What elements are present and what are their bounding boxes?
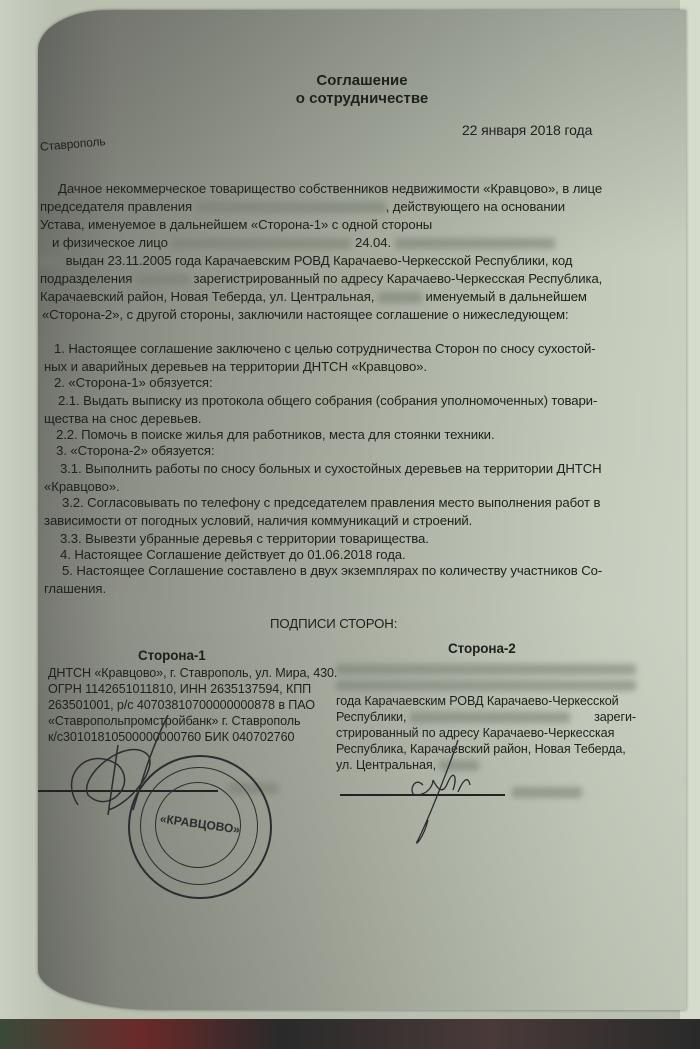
preamble-text: выдан 23.11.2005 года Карачаевским РОВД … (66, 253, 573, 268)
clause-line: 2.1. Выдать выписку из протокола общего … (58, 392, 597, 409)
clause-line: 2. «Сторона-1» обязуется: (54, 374, 213, 391)
clause-line: 2.2. Помочь в поиске жилья для работнико… (56, 426, 495, 443)
preamble-text: подразделения (40, 271, 132, 286)
signatures-heading: ПОДПИСИ СТОРОН: (270, 615, 397, 632)
redacted-passport (395, 238, 555, 249)
document-subtitle: о сотрудничестве (38, 90, 686, 107)
redacted-number (38, 256, 62, 267)
preamble-line: Дачное некоммерческое товарищество собст… (58, 180, 602, 197)
preamble-text: и физическое лицо (52, 235, 168, 250)
redacted-text (336, 680, 636, 691)
redacted-text (336, 664, 636, 675)
preamble-text: Карачаевский район, Новая Теберда, ул. Ц… (40, 289, 374, 304)
clause-line: 4. Настоящее Соглашение действует до 01.… (60, 546, 406, 563)
party1-line: ДНТСН «Кравцово», г. Ставрополь, ул. Мир… (48, 665, 337, 682)
party2-line: Республики, зареги- (336, 709, 636, 726)
clause-line: 3.2. Согласовывать по телефону с председ… (62, 494, 600, 511)
clause-line: глашения. (44, 580, 106, 597)
redacted-code (136, 274, 190, 285)
preamble-line: Устава, именуемое в дальнейшем «Сторона-… (40, 216, 432, 233)
preamble-line: председателя правления , действующего на… (40, 198, 565, 215)
clause-line: зависимости от погодных условий, наличия… (44, 512, 472, 529)
clause-line: 3.1. Выполнить работы по сносу больных и… (60, 460, 602, 477)
party2-heading: Сторона-2 (448, 640, 516, 657)
redacted-text (512, 787, 582, 798)
party2-text: зареги- (594, 709, 636, 726)
party1-line: 263501001, р/с 40703810700000000878 в ПА… (48, 697, 315, 714)
document-page: Соглашение о сотрудничестве Ставрополь 2… (38, 10, 686, 1010)
city: Ставрополь (39, 133, 106, 156)
date: 22 января 2018 года (462, 122, 592, 139)
preamble-line: выдан 23.11.2005 года Карачаевским РОВД … (38, 252, 572, 269)
party2-text: Республики, (336, 710, 406, 724)
clause-line: щества на снос деревьев. (44, 410, 201, 427)
document-title: Соглашение (38, 72, 686, 89)
clause-line: 3.3. Вывезти убранные деревья с территор… (60, 530, 429, 547)
redacted-text (410, 712, 570, 723)
clause-line: ных и аварийных деревьев на территории Д… (44, 358, 427, 375)
redacted-person (171, 238, 351, 249)
clause-line: «Кравцово». (44, 478, 120, 495)
party1-heading: Сторона-1 (138, 647, 206, 664)
preamble-line: подразделения зарегистрированный по адре… (40, 270, 602, 287)
clause-line: 3. «Сторона-2» обязуется: (56, 442, 215, 459)
preamble-text: зарегистрированный по адресу Карачаево-Ч… (193, 271, 602, 286)
party2-line: года Карачаевским РОВД Карачаево-Черкесс… (336, 693, 619, 710)
background-floor (0, 1019, 700, 1049)
preamble-line: Карачаевский район, Новая Теберда, ул. Ц… (40, 288, 587, 305)
party2-signer-name (512, 784, 582, 802)
party1-line: ОГРН 1142651011810, ИНН 2635137594, КПП (48, 681, 311, 698)
preamble-text: председателя правления (40, 199, 192, 214)
redacted-name (196, 202, 386, 213)
preamble-text: , действующего на основании (386, 199, 565, 214)
clause-line: 5. Настоящее Соглашение составлено в дву… (62, 562, 602, 579)
preamble-text: именуемый в дальнейшем (425, 289, 586, 304)
clause-line: 1. Настоящее соглашение заключено с цель… (54, 340, 596, 357)
party2-signature-icon (398, 740, 508, 850)
preamble-line: и физическое лицо 24.04. (52, 234, 555, 251)
redacted-house (378, 292, 422, 303)
organization-stamp: «КРАВЦОВО» (128, 755, 272, 899)
preamble-text: 24.04. (355, 235, 391, 250)
preamble-line: «Сторона-2», с другой стороны, заключили… (42, 306, 569, 323)
